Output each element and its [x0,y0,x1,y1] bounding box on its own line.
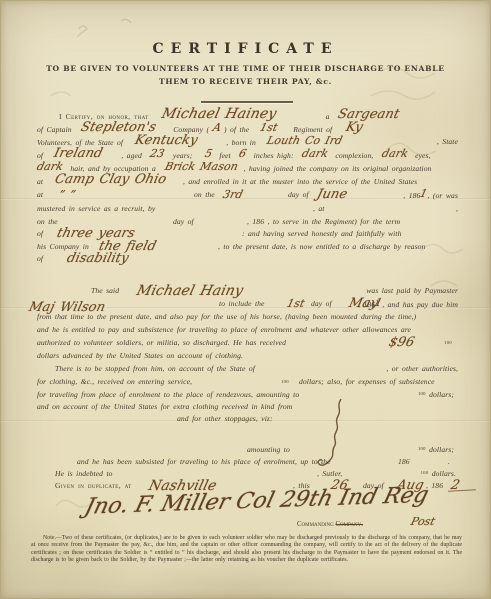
printed-feet: feet [219,151,230,160]
form-line-19: There is to be stopped from him, on acco… [37,364,458,377]
hw-age: 23 [149,149,166,159]
hw-company-letter: A [211,123,222,133]
printed-on-the: on the [37,217,58,226]
hw-captain-name: Stepleton's [80,123,157,133]
hw-ditto-marks: ” ” [58,190,77,200]
printed-of-captain: of Captain [37,125,72,134]
printed-enrolled: , and enrolled in it at the muster into … [183,177,417,186]
hw-soldier-name: Michael Hainey [161,109,278,119]
printed-cents-denominator: 100 [444,340,452,345]
document-subtitle-line1: TO BE GIVEN TO VOLUNTEERS AT THE TIME OF… [1,64,490,73]
certificate-document: CERTIFICATE TO BE GIVEN TO VOLUNTEERS AT… [0,0,491,599]
printed-dollars-amount: 100 dollars; [418,390,454,399]
printed-at: at [37,177,43,186]
hw-regiment-number: 1st [259,123,279,133]
hw-post: Post [410,517,436,527]
footnote: Note.—Two of these certificates, (or dup… [31,535,462,565]
hw-rank: Sargeant [337,110,401,120]
printed-comma: , [456,204,458,213]
printed-dollars: dollars. [432,469,456,478]
printed-eyes: eyes, [415,151,430,160]
printed-dollars-amount: 100 dollars; [418,445,454,454]
printed-sutler: , Sutler, [317,469,342,478]
printed-he-has-received: authorized to volunteer soldiers, or mil… [37,338,286,347]
printed-years: years; [173,151,193,160]
printed-aged: , aged [121,151,142,160]
divider-rule [201,101,293,103]
printed-serve-term: , 186 , to serve in the Regiment) for th… [247,217,400,226]
form-line-14: Maj Wilson to include the 1st day of May… [37,299,458,312]
printed-or-was: , (or was [428,191,459,200]
form-line-17: authorized to volunteer soldiers, or mil… [37,338,458,351]
printed-at: at [37,190,43,199]
printed-having-joined: , having joined the company on its origi… [244,164,432,173]
hw-paid-day: 1st [286,299,306,309]
form-line-15: from that time to the present date, and … [37,312,458,325]
form-line-13: The said Michael Hainy was last paid by … [37,286,458,299]
form-line-23: and for other stoppages, viz: [37,414,458,427]
hw-eyes: dark [381,149,409,159]
hw-country: Ireland [52,149,103,159]
form-line-8: mustered in service as a recruit, by , a… [37,204,458,217]
form-line-12: of disability [37,254,458,267]
printed-day-of: day of [173,217,194,226]
printed-other-authorities: , or other authorities, [386,364,458,373]
printed-traveling-rendezvous: for traveling from place of enrolment to… [37,390,299,399]
hw-term: three years [56,229,136,239]
hw-muster-month: June [316,190,349,200]
printed-article: a [326,112,330,121]
printed-complexion: complexion, [335,151,373,160]
form-line-6: at Camp Clay Ohio , and enrolled in it a… [37,176,458,189]
form-line-7: at ” ” on the 3rd day of June , 1861, (o… [37,190,458,203]
printed-cents-denominator: 100 [418,391,426,396]
printed-to-include: to include the [219,299,265,308]
hw-height-inches: 6 [238,149,248,159]
printed-company-struck: Company. [335,521,362,528]
printed-186: 186 [398,457,410,466]
pencil-marks [77,19,131,37]
printed-served-honestly: : and having served honestly and faithfu… [242,229,402,238]
form-line-20: for clothing, &c., received on entering … [37,377,458,390]
printed-company-close: ) of the [224,125,249,134]
printed-subsisted-traveling: and he has been subsisted for traveling … [77,457,331,466]
printed-day-of: day of [311,299,332,308]
hw-camp: Camp Clay Ohio [53,175,167,185]
hw-occupation: Brick Mason [164,162,239,172]
printed-born-in: , born in [226,138,256,147]
printed-day-of: day of [288,190,309,199]
printed-of: of [37,254,43,263]
form-line-4: of Ireland , aged 23 years; 5 feet 6 inc… [37,150,458,163]
printed-cents-denominator: 100 [418,446,426,451]
hw-height-feet: 5 [204,149,214,159]
printed-dollars: dollars; [429,445,454,454]
printed-company-in: his Company in [37,242,89,251]
printed-clothing-entering: for clothing, &c., received on entering … [37,377,192,386]
hw-soldier-name-2: Michael Hainy [136,286,244,296]
printed-regiment-of: Regiment of [293,125,332,134]
hw-muster-day: 3rd [222,190,244,200]
hw-discharge-reason: disability [66,254,130,264]
form-line-2: of Captain Stepleton's Company ( A ) of … [37,124,458,137]
printed-on-the: on the [194,190,215,199]
printed-entitled-discharge: , to the present date, is now entitled t… [218,242,425,251]
printed-year-pay-due: , 1861, and has pay due him [358,299,458,309]
printed-comma-at: , at [313,204,325,213]
printed-cents-denominator: 100 [421,470,429,475]
printed-dollars-subsistence: dollars; also, for expenses of subsisten… [299,377,435,386]
printed-commanding: Commanding [297,521,334,528]
hw-regiment-state: Ky [344,123,363,133]
printed-of: of [37,229,43,238]
printed-state-label: , State [437,137,458,146]
printed-186: , 186 [358,300,375,309]
printed-period: . [448,457,450,466]
printed-the-said: The said [91,286,119,295]
hw-hair: dark [36,162,64,172]
hw-state: Kentucky [133,136,198,146]
hw-clothing-amount: $96 [388,338,416,348]
printed-cents-denominator: 100 [281,379,289,384]
printed-inches-high: inches high: [254,151,294,160]
printed-mustered-recruit: mustered in service as a recruit, by [37,204,155,213]
form-line-18: dollars advanced by the United States on… [37,351,458,364]
printed-commanding-company: Commanding Company. [297,521,363,528]
printed-given-duplicate: Given in duplicate, at [55,481,132,490]
printed-dollars: dollars; [429,390,454,399]
printed-other-stoppages: and for other stoppages, viz: [177,414,273,423]
hw-birthplace: Louth Co Ird [266,136,344,146]
printed-indebted-to: He is indebted to [55,469,113,478]
document-title: CERTIFICATE [1,41,490,57]
printed-year-orwas: , 1861, (or was [403,190,458,200]
printed-last-paid: was last paid by Paymaster [366,286,458,295]
printed-stopped-from: There is to be stopped from him, on acco… [55,364,255,373]
printed-amounting-to: amounting to [247,445,290,454]
printed-pay-due: , and has pay due him [382,300,458,309]
printed-dollars-amount: 100 dollars. [421,469,456,478]
hw-complexion: dark [301,149,329,159]
document-subtitle-line2: THEM TO RECEIVE THEIR PAY, &c. [1,77,490,86]
printed-of: of [37,151,43,160]
